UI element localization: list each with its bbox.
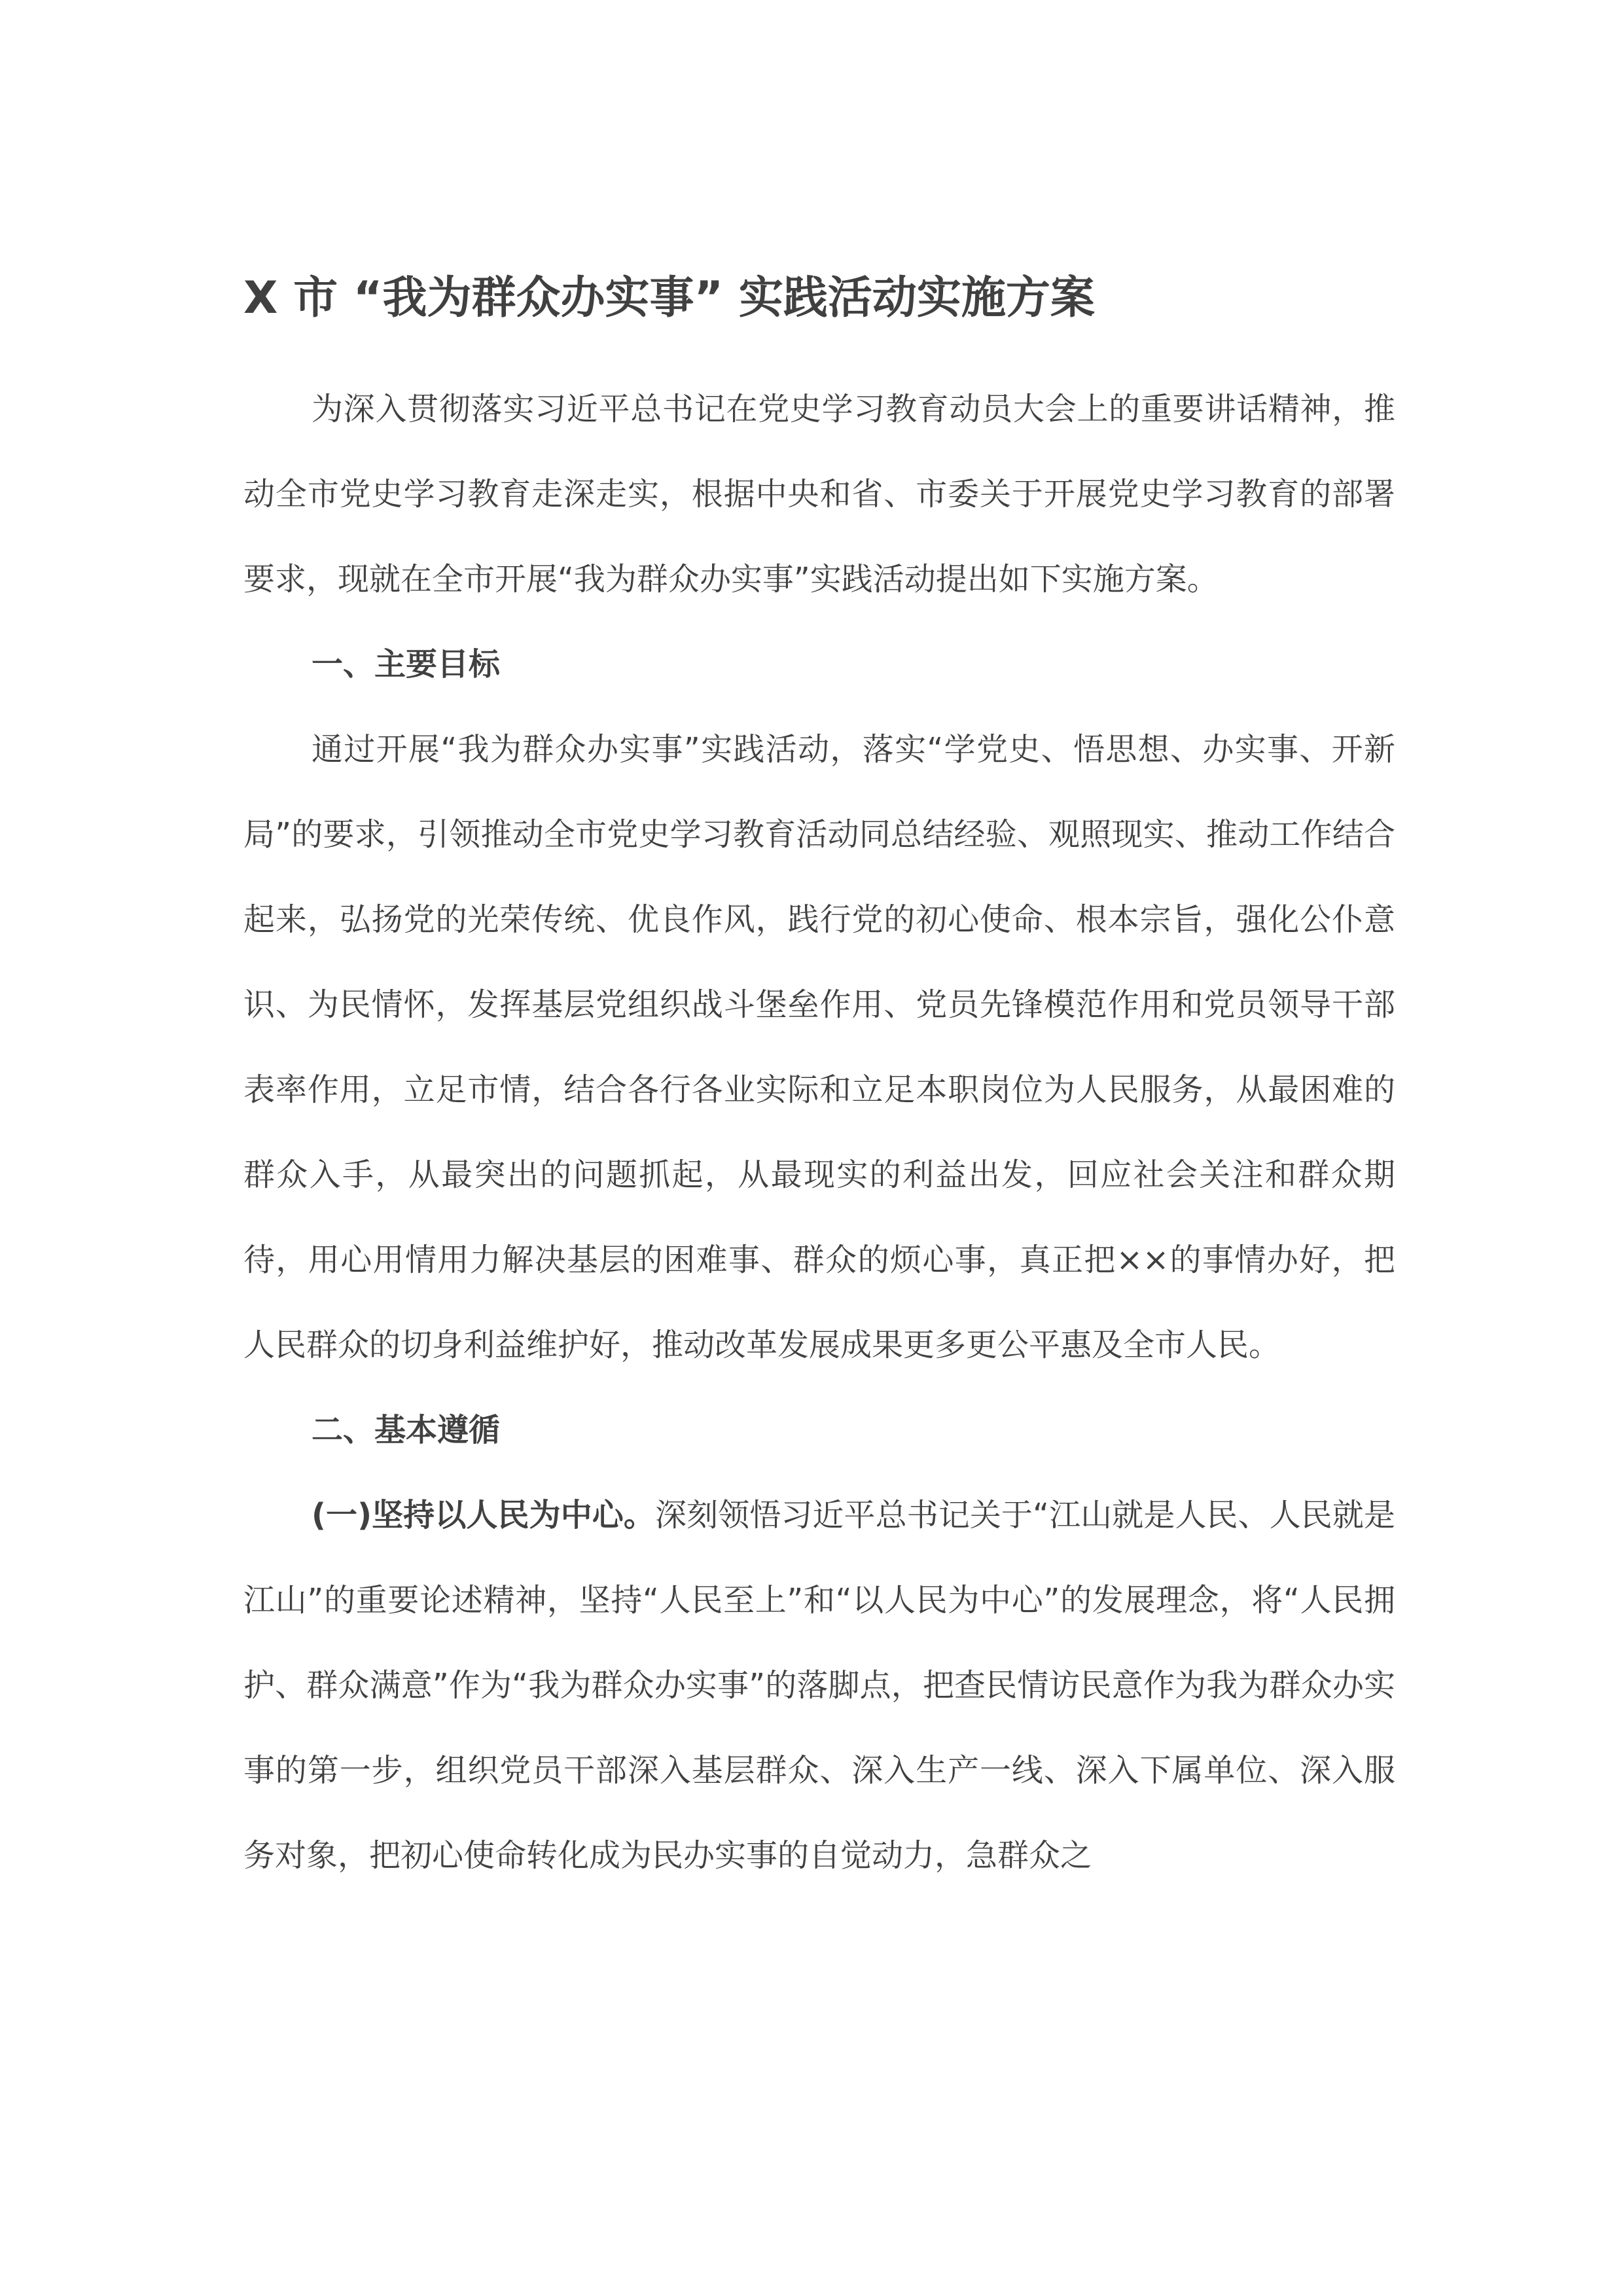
goals-paragraph: 通过开展“我为群众办实事”实践活动，落实“学党史、悟思想、办实事、开新局”的要求… [243,707,1395,1388]
intro-paragraph: 为深入贯彻落实习近平总书记在党史学习教育动员大会上的重要讲话精神，推动全市党史学… [243,367,1395,622]
section-heading-goals: 一、主要目标 [243,622,1395,707]
principle-item-1-text: 深刻领悟习近平总书记关于“江山就是人民、人民就是江山”的重要论述精神，坚持“人民… [243,1497,1395,1874]
principle-item-1: (一)坚持以人民为中心。深刻领悟习近平总书记关于“江山就是人民、人民就是江山”的… [243,1473,1395,1898]
document-body: 为深入贯彻落实习近平总书记在党史学习教育动员大会上的重要讲话精神，推动全市党史学… [243,367,1395,1898]
document-title: X 市 “我为群众办实事” 实践活动实施方案 [243,267,1095,330]
principle-item-1-lead: (一)坚持以人民为中心。 [312,1497,655,1534]
section-heading-principles: 二、基本遵循 [243,1388,1395,1473]
